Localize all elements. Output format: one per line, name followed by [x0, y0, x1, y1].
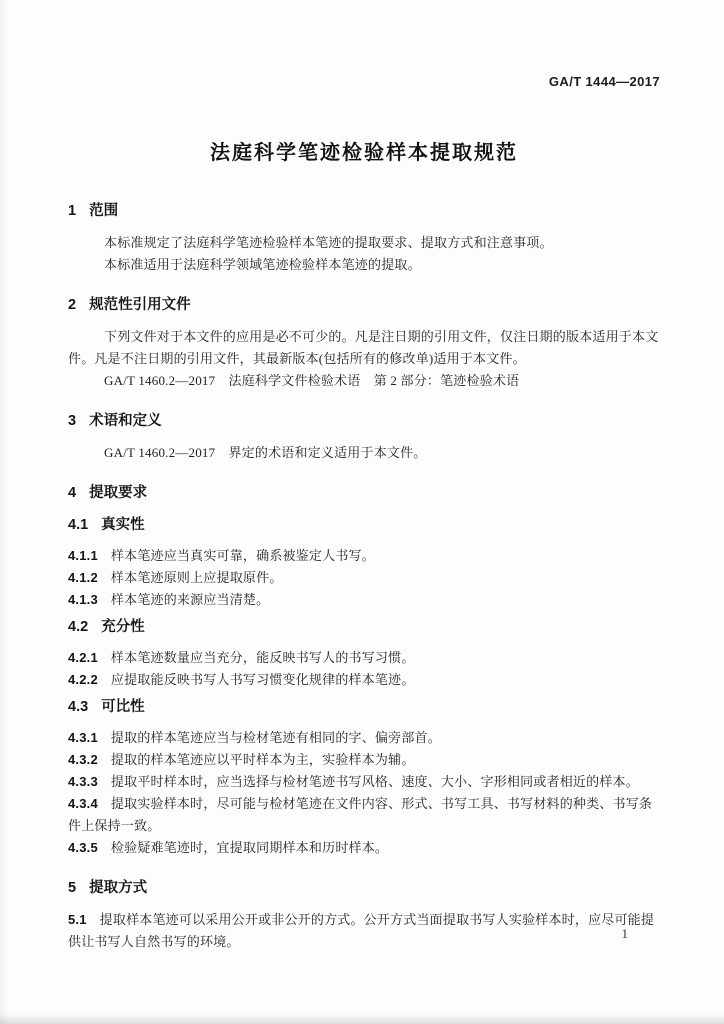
- clause-4-2-2: 4.2.2应提取能反映书写人书写习惯变化规律的样本笔迹。: [68, 669, 660, 691]
- section-number: 3: [68, 410, 76, 432]
- section-1-paragraph-2: 本标准适用于法庭科学领域笔迹检验样本笔迹的提取。: [68, 254, 660, 276]
- clause-4-1-1: 4.1.1样本笔迹应当真实可靠，确系被鉴定人书写。: [68, 545, 660, 567]
- clause-4-3-1: 4.3.1提取的样本笔迹应当与检材笔迹有相同的字、偏旁部首。: [68, 727, 660, 749]
- clause-text: 样本笔迹的来源应当清楚。: [111, 592, 269, 607]
- clause-text: 样本笔迹应当真实可靠，确系被鉴定人书写。: [111, 548, 375, 563]
- section-2-heading: 2规范性引用文件: [68, 294, 660, 316]
- subsection-title: 充分性: [101, 619, 145, 635]
- clause-text: 提取实验样本时，尽可能与检材笔迹在文件内容、形式、书写工具、书写材料的种类、书写…: [68, 796, 652, 833]
- section-1-heading: 1范围: [68, 200, 660, 222]
- section-number: 2: [68, 294, 76, 316]
- section-4-heading: 4提取要求: [68, 482, 660, 504]
- section-1-paragraph-1: 本标准规定了法庭科学笔迹检验样本笔迹的提取要求、提取方式和注意事项。: [68, 232, 660, 254]
- section-title: 提取方式: [89, 880, 147, 896]
- page-number: 1: [622, 926, 629, 942]
- section-title: 提取要求: [89, 485, 147, 501]
- clause-4-3-2: 4.3.2提取的样本笔迹应以平时样本为主，实验样本为辅。: [68, 749, 660, 771]
- clause-number: 4.3.2: [68, 749, 98, 771]
- subsection-number: 4.2: [68, 616, 88, 638]
- subsection-4-1-heading: 4.1真实性: [68, 514, 660, 536]
- clause-4-2-1: 4.2.1样本笔迹数量应当充分，能反映书写人的书写习惯。: [68, 647, 660, 669]
- clause-number: 4.3.5: [68, 837, 98, 859]
- section-2-paragraph-1: 下列文件对于本文件的应用是必不可少的。凡是注日期的引用文件，仅注日期的版本适用于…: [68, 326, 660, 370]
- clause-5-1: 5.1提取样本笔迹可以采用公开或非公开的方式。公开方式当面提取书写人实验样本时，…: [68, 909, 660, 953]
- clause-4-3-4: 4.3.4提取实验样本时，尽可能与检材笔迹在文件内容、形式、书写工具、书写材料的…: [68, 793, 660, 837]
- subsection-4-3-heading: 4.3可比性: [68, 696, 660, 718]
- clause-number: 4.2.1: [68, 647, 98, 669]
- section-5-heading: 5提取方式: [68, 877, 660, 899]
- clause-text: 应提取能反映书写人书写习惯变化规律的样本笔迹。: [111, 672, 415, 687]
- standard-code: GA/T 1444—2017: [68, 72, 660, 92]
- clause-number: 4.3.3: [68, 771, 98, 793]
- section-title: 范围: [89, 203, 118, 219]
- subsection-title: 真实性: [101, 517, 145, 533]
- clause-text: 样本笔迹数量应当充分，能反映书写人的书写习惯。: [111, 650, 415, 665]
- clause-text: 提取样本笔迹可以采用公开或非公开的方式。公开方式当面提取书写人实验样本时，应尽可…: [68, 912, 654, 949]
- section-title: 规范性引用文件: [89, 297, 191, 313]
- section-number: 5: [68, 877, 76, 899]
- subsection-number: 4.1: [68, 514, 88, 536]
- clause-number: 5.1: [68, 909, 87, 931]
- subsection-title: 可比性: [101, 699, 145, 715]
- clause-text: 样本笔迹原则上应提取原件。: [111, 570, 283, 585]
- clause-text: 提取的样本笔迹应以平时样本为主，实验样本为辅。: [111, 752, 415, 767]
- subsection-4-2-heading: 4.2充分性: [68, 616, 660, 638]
- clause-text: 检验疑难笔迹时，宜提取同期样本和历时样本。: [111, 840, 388, 855]
- document-content: GA/T 1444—2017 法庭科学笔迹检验样本提取规范 1范围 本标准规定了…: [0, 72, 724, 953]
- clause-number: 4.1.3: [68, 589, 98, 611]
- document-page: GA/T 1444—2017 法庭科学笔迹检验样本提取规范 1范围 本标准规定了…: [0, 0, 724, 1024]
- document-title: 法庭科学笔迹检验样本提取规范: [68, 138, 660, 168]
- clause-text: 提取平时样本时，应当选择与检材笔迹书写风格、速度、大小、字形相同或者相近的样本。: [111, 774, 639, 789]
- section-number: 4: [68, 482, 76, 504]
- clause-number: 4.3.1: [68, 727, 98, 749]
- clause-number: 4.3.4: [68, 793, 98, 815]
- section-3-heading: 3术语和定义: [68, 410, 660, 432]
- section-number: 1: [68, 200, 76, 222]
- clause-number: 4.2.2: [68, 669, 98, 691]
- clause-text: 提取的样本笔迹应当与检材笔迹有相同的字、偏旁部首。: [111, 730, 441, 745]
- subsection-number: 4.3: [68, 696, 88, 718]
- clause-4-3-3: 4.3.3提取平时样本时，应当选择与检材笔迹书写风格、速度、大小、字形相同或者相…: [68, 771, 660, 793]
- section-2-reference: GA/T 1460.2—2017 法庭科学文件检验术语 第 2 部分：笔迹检验术…: [68, 370, 660, 392]
- clause-number: 4.1.1: [68, 545, 98, 567]
- clause-number: 4.1.2: [68, 567, 98, 589]
- clause-4-3-5: 4.3.5检验疑难笔迹时，宜提取同期样本和历时样本。: [68, 837, 660, 859]
- section-3-paragraph-1: GA/T 1460.2—2017 界定的术语和定义适用于本文件。: [68, 442, 660, 464]
- clause-4-1-2: 4.1.2样本笔迹原则上应提取原件。: [68, 567, 660, 589]
- clause-4-1-3: 4.1.3样本笔迹的来源应当清楚。: [68, 589, 660, 611]
- section-title: 术语和定义: [89, 413, 162, 429]
